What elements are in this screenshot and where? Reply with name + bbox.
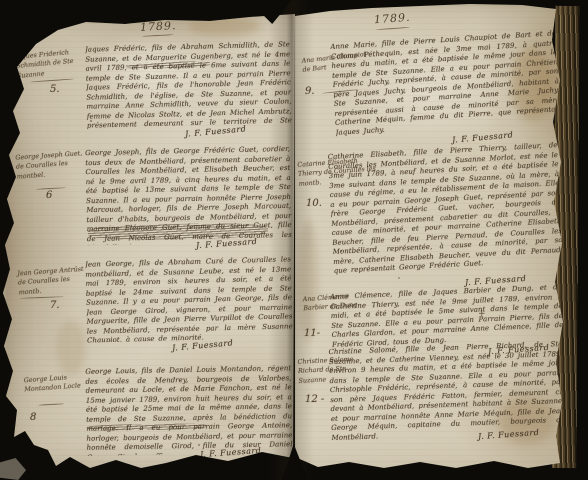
entry-7-body: Jean George, fils de Abraham Curé de Cou…	[85, 255, 293, 342]
entry-8-body: George Louis, fils de Daniel Louis Monta…	[85, 364, 293, 456]
stain	[56, 320, 86, 376]
entry-6-number: 6	[46, 190, 52, 201]
stain	[298, 220, 318, 340]
stain	[188, 16, 260, 36]
year-heading-right: 1789.	[374, 11, 411, 27]
entry-8-number: 8	[30, 412, 36, 423]
entry-5-body: Jaques Frédéric, fils de Abraham Schmidl…	[85, 40, 292, 131]
entry-6-margin-note: George Joseph Guet, de Couralles les mon…	[15, 148, 93, 181]
entry-10-number: 10.	[306, 198, 322, 209]
entry-9-number: 9.	[305, 86, 315, 97]
entry-5-number: 5.	[50, 84, 60, 95]
entry-5-margin-note: Jaques Friderich Schmidlith de Ste Suzan…	[15, 47, 83, 81]
entry-7-margin-note: Jean George Antrüst de Couralles les mon…	[17, 265, 89, 298]
entry-11-number: 11-	[304, 328, 320, 339]
entry-9-body: Anne Marie, fille de Pierre Louis Chaupi…	[330, 29, 562, 143]
entry-12-number: 12 -	[305, 394, 324, 405]
entry-12-body: Christine Salomé, fille de Jean Pierre R…	[328, 340, 565, 442]
entry-7-number: 7.	[50, 300, 60, 311]
entry-10-body: Catherine Elisabeth, fille de Pierre Thi…	[328, 141, 565, 289]
year-heading-left: 1789.	[140, 19, 177, 34]
paper-fragment	[0, 458, 26, 480]
manuscript-scan: 1789. Jaques Friderich Schmidlith de Ste…	[0, 0, 588, 480]
